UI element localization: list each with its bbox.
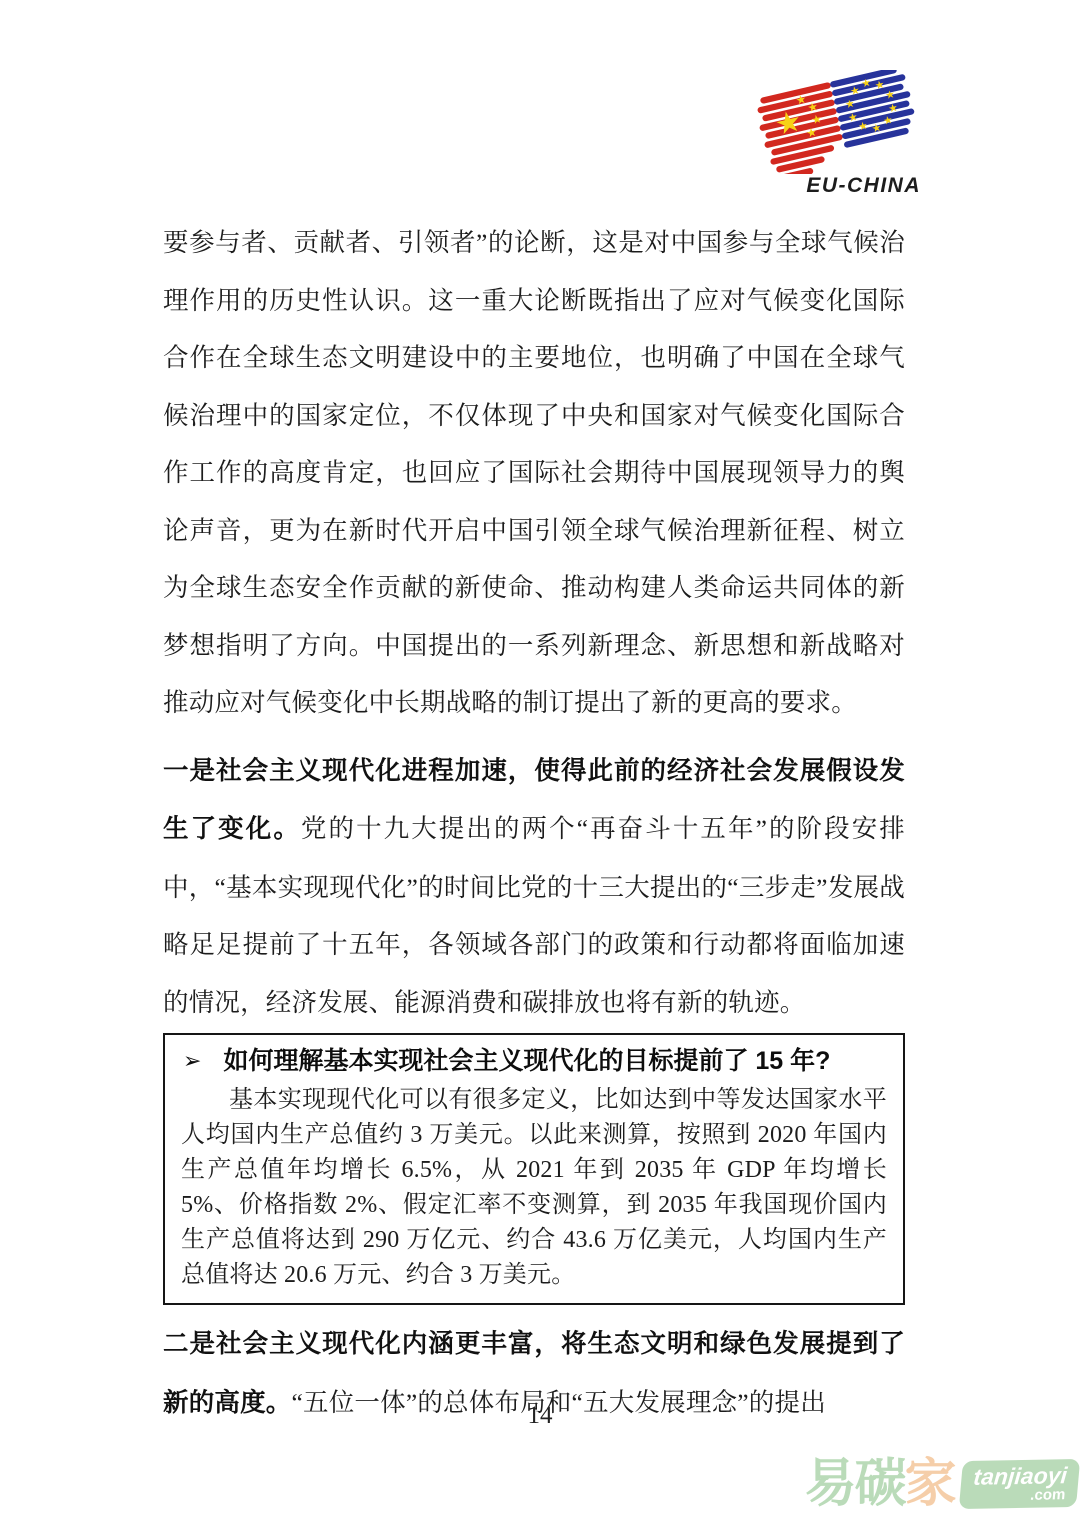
qa-box: ➢如何理解基本实现社会主义现代化的目标提前了 15 年? 基本实现现代化可以有很…: [163, 1033, 905, 1305]
watermark-text-orange: 家: [905, 1458, 955, 1510]
document-body: 要参与者、贡献者、引领者”的论断，这是对中国参与全球气候治理作用的历史性认识。这…: [163, 214, 905, 1432]
arrow-bullet-icon: ➢: [183, 1044, 201, 1080]
watermark-badge-line1: tanjiaoyi: [972, 1463, 1068, 1489]
paragraph-point-one: 一是社会主义现代化进程加速，使得此前的经济社会发展假设发生了变化。党的十九大提出…: [163, 742, 905, 1032]
eu-china-flag-icon: ★ ★ ★ ★ ★ ★ ★ ★ ★ ★ ★ ★ ★ ★ ★: [756, 70, 924, 174]
svg-text:★: ★: [870, 121, 882, 136]
svg-text:★: ★: [794, 92, 807, 108]
paragraph-climate-governance: 要参与者、贡献者、引领者”的论断，这是对中国参与全球气候治理作用的历史性认识。这…: [163, 214, 905, 732]
point-one-text: 党的十九大提出的两个“再奋斗十五年”的阶段安排中，“基本实现现代化”的时间比党的…: [163, 814, 905, 1017]
eu-china-logo: ★ ★ ★ ★ ★ ★ ★ ★ ★ ★ ★ ★ ★ ★ ★: [755, 70, 925, 198]
tanjiaoyi-watermark: 易碳家 tanjiaoyi .com: [805, 1458, 1078, 1510]
qa-title-text: 如何理解基本实现社会主义现代化的目标提前了 15 年?: [223, 1047, 830, 1075]
watermark-text-green: 易碳: [805, 1458, 905, 1510]
qa-box-title: ➢如何理解基本实现社会主义现代化的目标提前了 15 年?: [181, 1043, 887, 1081]
page-number: 14: [0, 1402, 1080, 1430]
document-page: ★ ★ ★ ★ ★ ★ ★ ★ ★ ★ ★ ★ ★ ★ ★: [0, 0, 1080, 1527]
watermark-badge-line2: .com: [971, 1487, 1066, 1504]
watermark-badge: tanjiaoyi .com: [958, 1459, 1080, 1509]
paragraph-text: 要参与者、贡献者、引领者”的论断，这是对中国参与全球气候治理作用的历史性认识。这…: [163, 228, 905, 717]
qa-box-body: 基本实现现代化可以有很多定义，比如达到中等发达国家水平人均国内生产总值约 3 万…: [181, 1083, 887, 1293]
logo-caption: EU-CHINA: [755, 174, 925, 198]
